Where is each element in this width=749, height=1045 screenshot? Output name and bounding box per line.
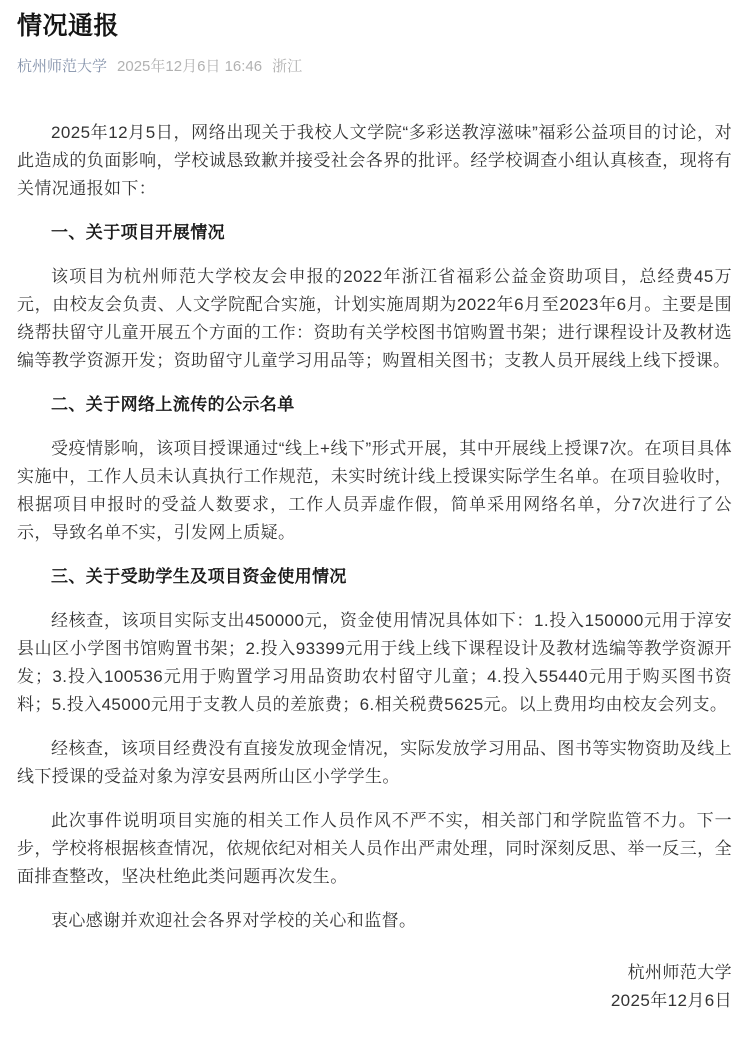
section-1-heading: 一、关于项目开展情况 [17,219,732,247]
account-name-link[interactable]: 杭州师范大学 [17,56,107,77]
article-body: 2025年12月5日，网络出现关于我校人文学院“多彩送教淳滋味”福彩公益项目的讨… [17,119,732,1015]
section-2-body: 受疫情影响，该项目授课通过“线上+线下”形式开展，其中开展线上授课7次。在项目具… [17,435,732,547]
section-3-beneficiaries-paragraph: 经核查，该项目经费没有直接发放现金情况，实际发放学习用品、图书等实物资助及线上线… [17,735,732,791]
section-1-body: 该项目为杭州师范大学校友会申报的2022年浙江省福彩公益金资助项目，总经费45万… [17,263,732,375]
signature-block: 杭州师范大学 2025年12月6日 [17,959,732,1015]
article-page: 情况通报 杭州师范大学 2025年12月6日 16:46 浙江 2025年12月… [0,0,749,1045]
article-title: 情况通报 [17,10,732,43]
conclusion-paragraph: 此次事件说明项目实施的相关工作人员作风不严不实，相关部门和学院监管不力。下一步，… [17,807,732,891]
section-2-heading: 二、关于网络上流传的公示名单 [17,391,732,419]
publish-location: 浙江 [272,56,302,77]
article-meta: 杭州师范大学 2025年12月6日 16:46 浙江 [17,56,732,77]
signature-name: 杭州师范大学 [17,959,732,987]
signature-date: 2025年12月6日 [17,987,732,1015]
section-3-heading: 三、关于受助学生及项目资金使用情况 [17,563,732,591]
publish-datetime: 2025年12月6日 16:46 [117,56,262,77]
section-3-funds-paragraph: 经核查，该项目实际支出450000元，资金使用情况具体如下：1.投入150000… [17,607,732,719]
thanks-paragraph: 衷心感谢并欢迎社会各界对学校的关心和监督。 [17,907,732,935]
paragraph-intro: 2025年12月5日，网络出现关于我校人文学院“多彩送教淳滋味”福彩公益项目的讨… [17,119,732,203]
